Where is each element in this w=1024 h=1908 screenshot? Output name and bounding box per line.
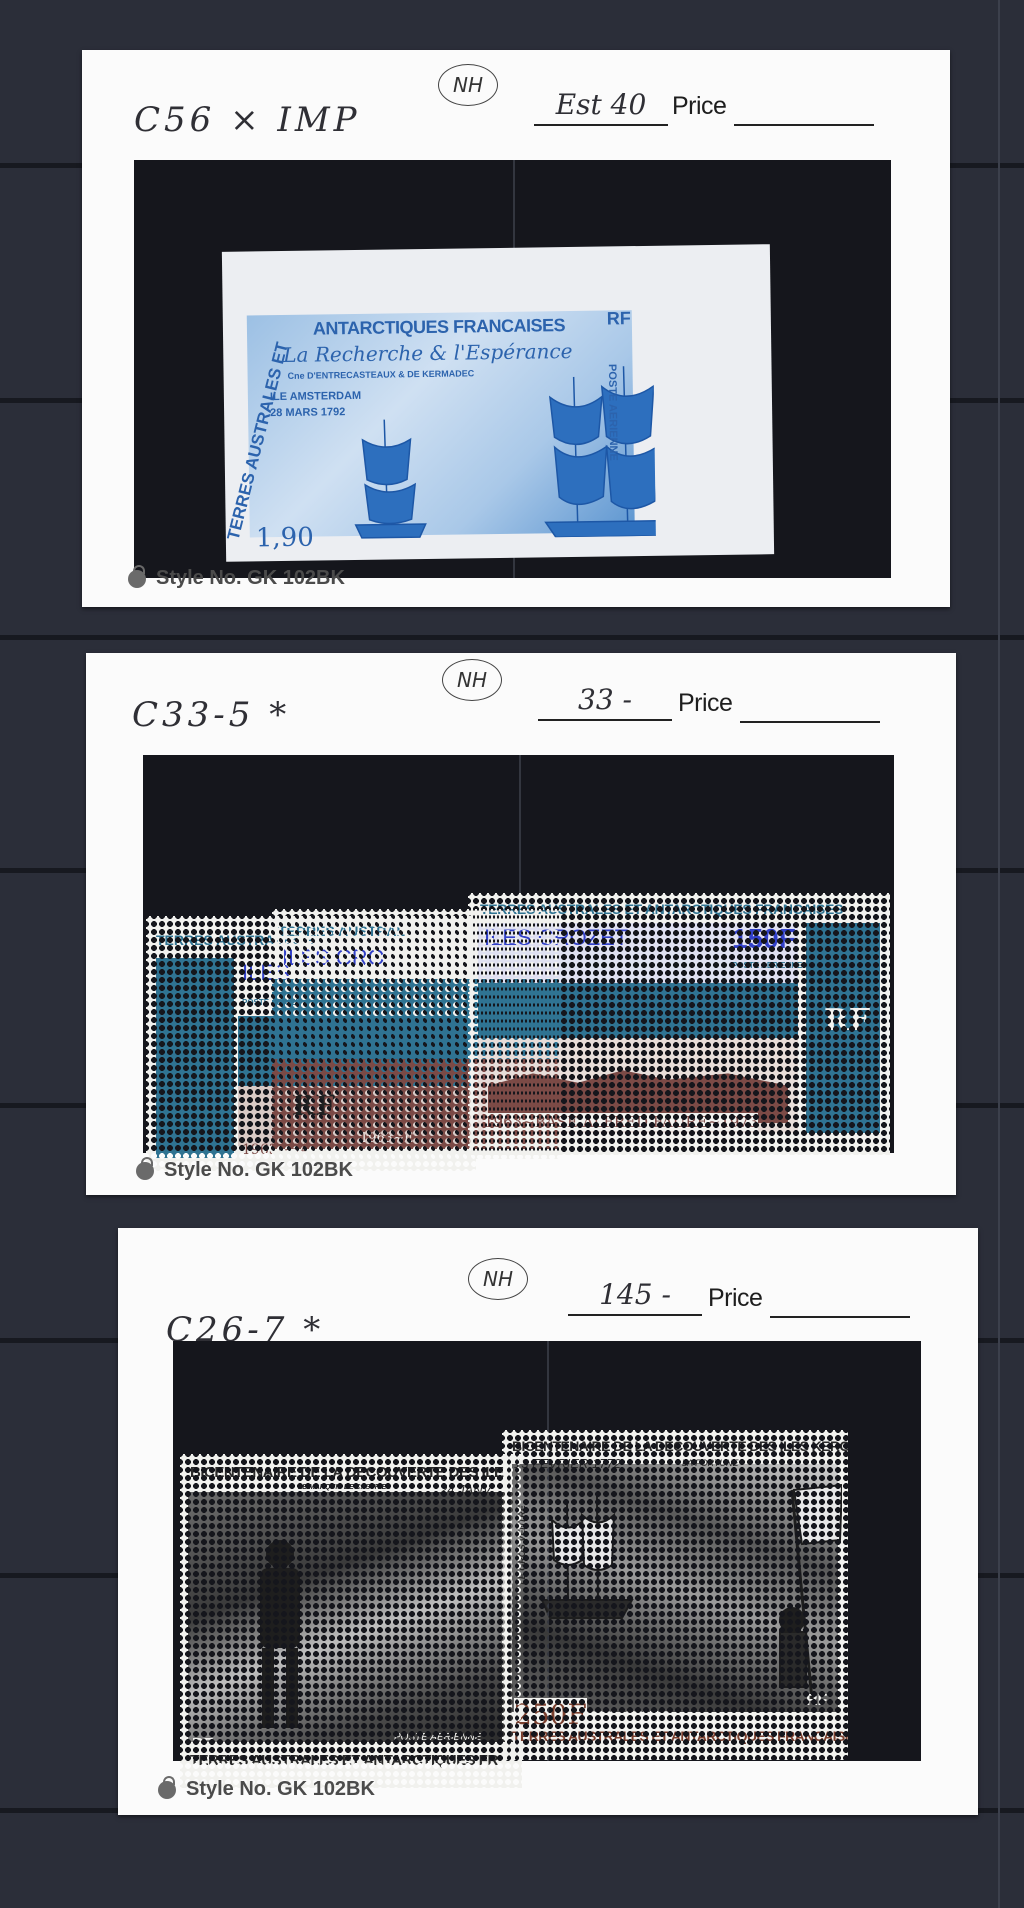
estimate-note: Est 40 — [534, 88, 668, 126]
estimate-note: 33 - — [538, 683, 672, 721]
stamp-top-text: TERRES AUSTRALES ET ANTARCTIQUES FRANCAI… — [480, 901, 843, 917]
stamp-country-mark: RF — [824, 1003, 870, 1038]
price-field[interactable] — [770, 1316, 910, 1318]
stamp-date: 13 FEVRIER 1772 — [514, 1456, 621, 1471]
stamp-bottom-text: 1963~E — [360, 1131, 413, 1146]
stock-page-ridge — [0, 635, 1024, 640]
card-footer: Style No. GK 102BK — [158, 1778, 375, 1801]
brand-logo-icon — [128, 570, 146, 588]
stamp-service: POSTE AERIENNE — [732, 961, 802, 970]
stamp-title-script: La Recherche & l'Espérance — [283, 339, 572, 367]
price-field[interactable] — [740, 721, 880, 723]
stamp-denomination: 250F — [514, 1698, 587, 1731]
stamp-date: 28 MARS 1792 — [270, 406, 345, 419]
style-number: Style No. GK 102BK — [186, 1778, 375, 1801]
stamp-kerguelen-2[interactable]: BICENTENAIRE DE LA DECOUVERTE DES ILES K… — [502, 1430, 848, 1760]
stamp-top-text: TERRES AUSTRAL — [278, 923, 405, 939]
ship-illustration — [313, 356, 655, 541]
sales-card-3[interactable]: C26-7 * NH 145 - Price BICENTENAIRE DE L… — [118, 1228, 978, 1815]
card-footer: Style No. GK 102BK — [136, 1159, 353, 1182]
stamp-ship-caption: LA FORTUNE — [682, 1458, 739, 1468]
stamp-side-caption: LE GROS VENTRE — [517, 1505, 527, 1585]
stamp-denomination: 1,90 — [256, 523, 314, 554]
price-field[interactable] — [734, 124, 874, 126]
stamp-ship-caption: LE MARQUIS DE CASTRIES — [298, 1484, 391, 1491]
price-label: Price — [672, 92, 726, 121]
stamp-bottom-text: 1963~BASE ALFRED FAURE~1973 — [484, 1113, 758, 1131]
stamp-country-mark: RF — [806, 1692, 827, 1710]
stamp-island: ILES CROZET — [484, 925, 628, 951]
estimate-note: 145 - — [568, 1278, 702, 1316]
stamp-date: 24 JANV — [440, 1482, 491, 1497]
figure-illustration — [210, 1524, 350, 1744]
stamp-service: POSTE AERIENNE — [582, 1710, 669, 1721]
card-footer: Style No. GK 102BK — [128, 567, 345, 590]
stamp-island: ILES CRO — [282, 945, 385, 971]
stamp-service: POSTE AERIENNE — [394, 1732, 481, 1743]
price-label: Price — [678, 689, 732, 718]
sales-card-2[interactable]: C33-5 * NH 33 - Price TERRES AUSTRALES E… — [86, 653, 956, 1195]
stamp-bottom-text: TERRES AUSTRALES ET ANTARCTIQUES FRANCAI… — [512, 1728, 848, 1744]
stamp-country-mark: RF — [607, 308, 631, 329]
stamp-imperforate[interactable]: ANTARCTIQUES FRANCAISES TERRES AUSTRALES… — [222, 244, 774, 562]
stamp-service: POSTE AERIENNE — [606, 364, 619, 461]
stamp-country-mark: RF — [292, 1089, 335, 1122]
stamp-top-text: BICENTENAIRE DE LA DECOUVERTE DES ILE — [190, 1464, 503, 1481]
style-number: Style No. GK 102BK — [156, 567, 345, 590]
stamp-bottom-text: TERRES AUSTRALES ET ANTARCTIQUES FR — [190, 1752, 498, 1769]
sales-card-1[interactable]: C56 × IMP NH Est 40 Price ANTARCTIQUES F… — [82, 50, 950, 607]
brand-logo-icon — [158, 1781, 176, 1799]
stamp-kerguelen-1[interactable]: BICENTENAIRE DE LA DECOUVERTE DES ILE 24… — [180, 1454, 522, 1788]
ships-and-flag-illustration — [522, 1480, 842, 1710]
stock-page-seam — [998, 0, 1000, 1908]
condition-mark: NH — [442, 659, 502, 701]
stamp-place: ILE AMSTERDAM — [270, 390, 361, 403]
brand-logo-icon — [136, 1162, 154, 1180]
stamp-top-text: BICENTENAIRE DE LA DECOUVERTE DES ILES K… — [512, 1438, 848, 1454]
stamp-crozet-3[interactable]: TERRES AUSTRALES ET ANTARCTIQUES FRANCAI… — [468, 893, 890, 1155]
catalog-note: C56 × IMP — [134, 100, 361, 140]
condition-mark: NH — [438, 64, 498, 106]
stamp-frame-ornament — [156, 958, 234, 1158]
condition-mark: NH — [468, 1258, 528, 1300]
stamp-top-text: ANTARCTIQUES FRANCAISES — [313, 315, 565, 340]
stamp-denomination: 150F — [732, 923, 796, 955]
style-number: Style No. GK 102BK — [164, 1159, 353, 1182]
catalog-note: C33-5 * — [132, 695, 290, 735]
price-label: Price — [708, 1284, 762, 1313]
